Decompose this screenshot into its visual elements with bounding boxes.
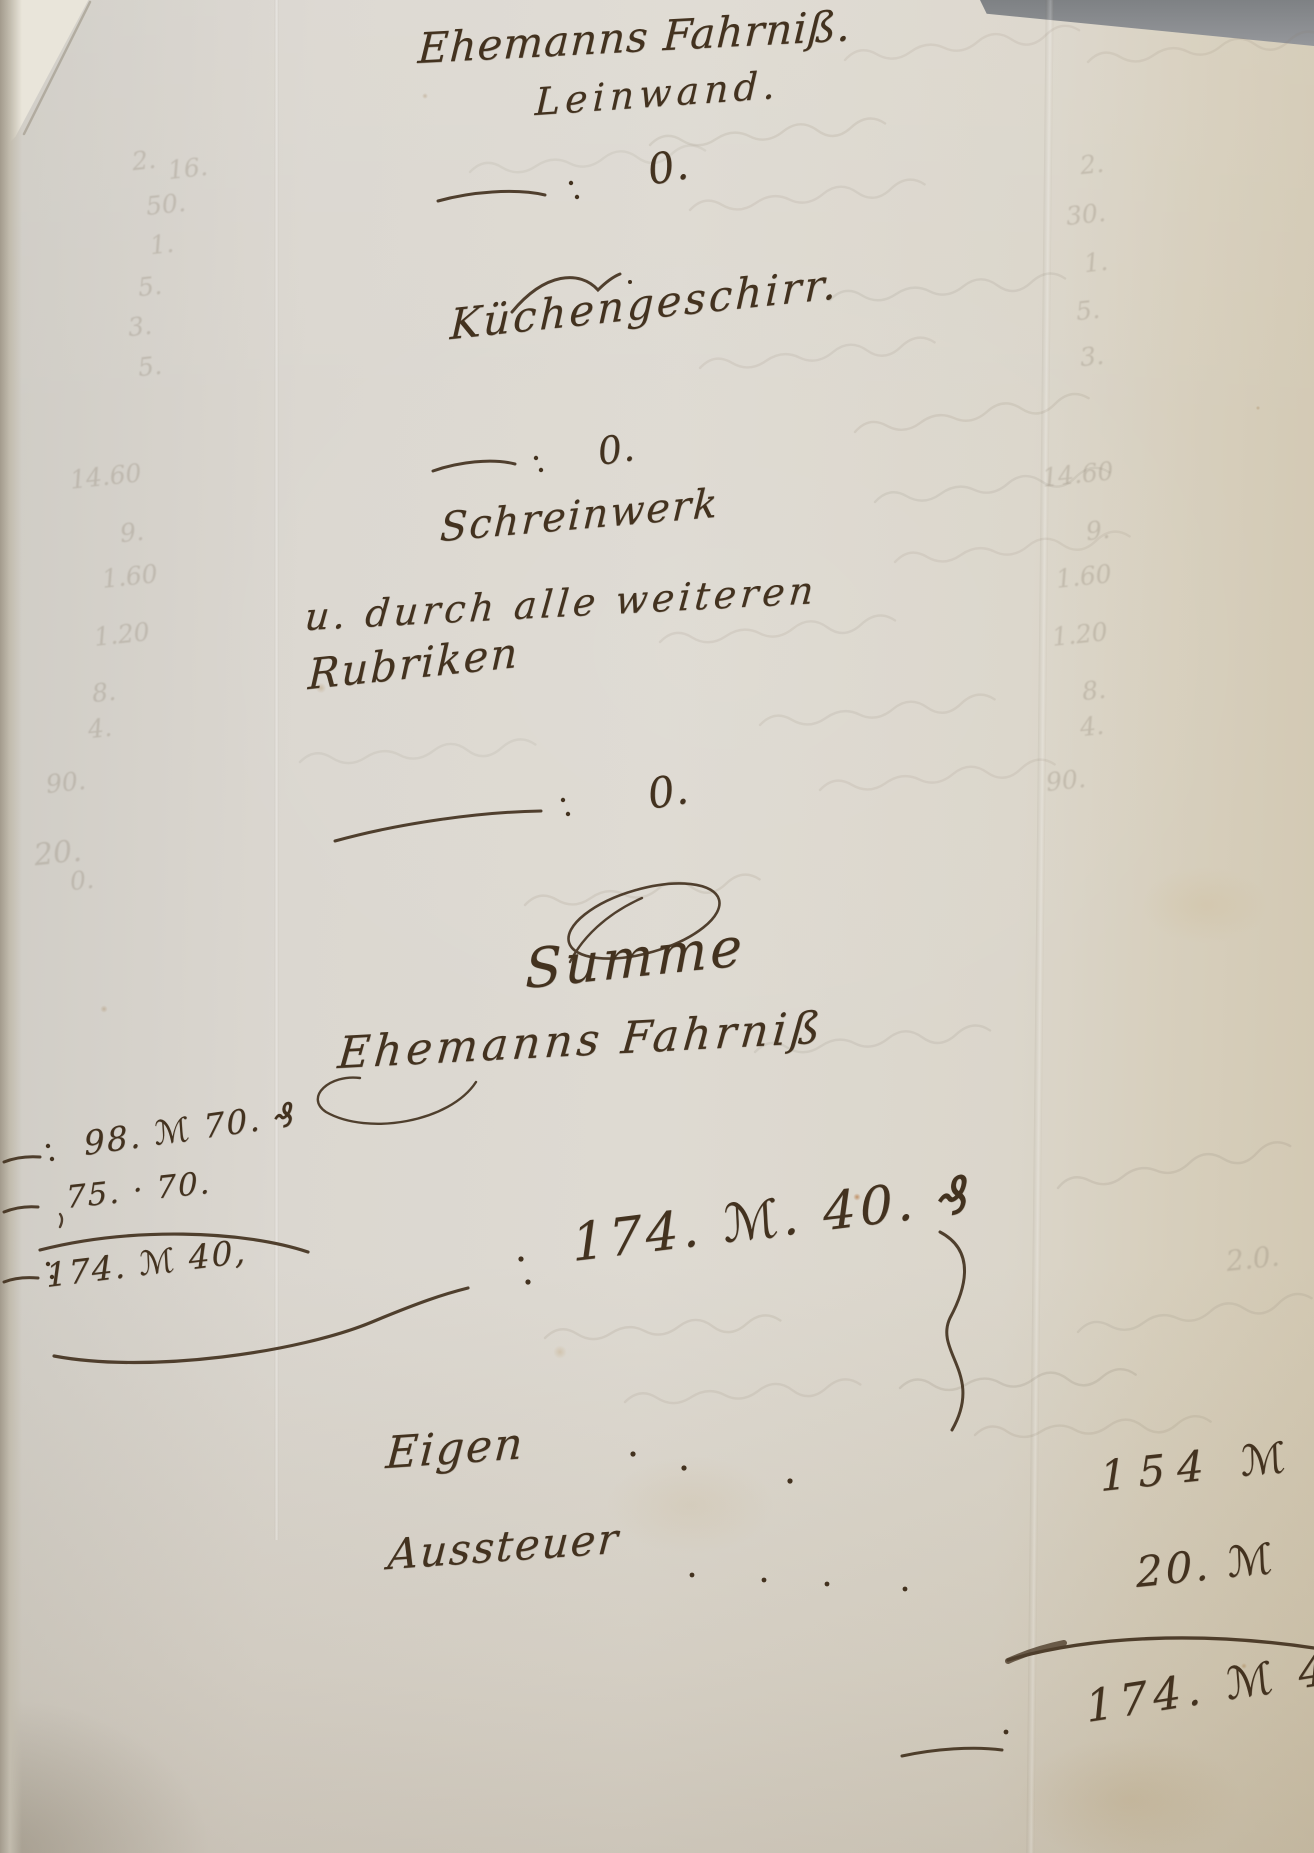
- ghost-number: 1.60: [101, 559, 159, 594]
- closing-brace-flourish: [940, 1232, 965, 1430]
- ghost-number: 8.: [91, 677, 118, 708]
- corner-crease-line: [24, 2, 90, 134]
- ghost-number: 4.: [1079, 711, 1106, 742]
- ghost-number: 5.: [137, 351, 164, 382]
- dash-rule-rubriken: [335, 811, 541, 841]
- ghost-number: 9.: [1085, 515, 1112, 546]
- ghost-number: 8.: [1081, 675, 1108, 706]
- margin-comma: [60, 1214, 62, 1227]
- manuscript-photo: Ehemanns Fahrniß. Leinwand. 0. Küchenges…: [0, 0, 1314, 1853]
- margin-dash-2: [4, 1207, 38, 1212]
- ghost-number: 1.20: [93, 617, 151, 652]
- rubriken-zero-value: 0.: [644, 764, 691, 819]
- leinwand-zero-value: 0.: [644, 139, 692, 194]
- dash-rule-leinwand: [438, 191, 545, 201]
- margin-dash-1: [4, 1157, 40, 1162]
- ghost-number: 3.: [127, 311, 154, 342]
- ghost-number: 5.: [137, 271, 164, 302]
- ghost-number: 30.: [1065, 198, 1108, 231]
- ghost-number: 1.: [1083, 247, 1110, 278]
- ghost-number: 90.: [1045, 764, 1088, 797]
- ghost-number: 2.: [1079, 149, 1106, 180]
- margin-dash-3: [4, 1278, 38, 1282]
- ghost-number: 1.: [149, 229, 176, 260]
- ghost-number: 50.: [145, 188, 188, 221]
- bottom-dash: [902, 1748, 1002, 1756]
- kueche-zero-value: 0.: [595, 425, 637, 474]
- ghost-number: 0.: [69, 865, 96, 896]
- ghost-number: 3.: [1079, 341, 1106, 372]
- ghost-number: 1.20: [1051, 617, 1109, 652]
- ghost-number: 16.: [167, 152, 210, 185]
- eigen-label: Eigen: [384, 1418, 526, 1479]
- ghost-number: 90.: [45, 766, 88, 799]
- ghost-number: 9.: [119, 517, 146, 548]
- ghost-number: 4.: [87, 713, 114, 744]
- ehemanns-under-flourish: [318, 1078, 476, 1124]
- bottom-total-rule-heavy: [1008, 1643, 1064, 1661]
- dash-rule-kueche: [433, 461, 515, 471]
- ghost-number: 5.: [1075, 295, 1102, 326]
- ghost-number: 2.: [131, 145, 158, 176]
- grand-swash: [54, 1288, 468, 1363]
- ghost-number: 1.60: [1055, 559, 1113, 594]
- ghost-number: 2.0.: [1224, 1239, 1281, 1277]
